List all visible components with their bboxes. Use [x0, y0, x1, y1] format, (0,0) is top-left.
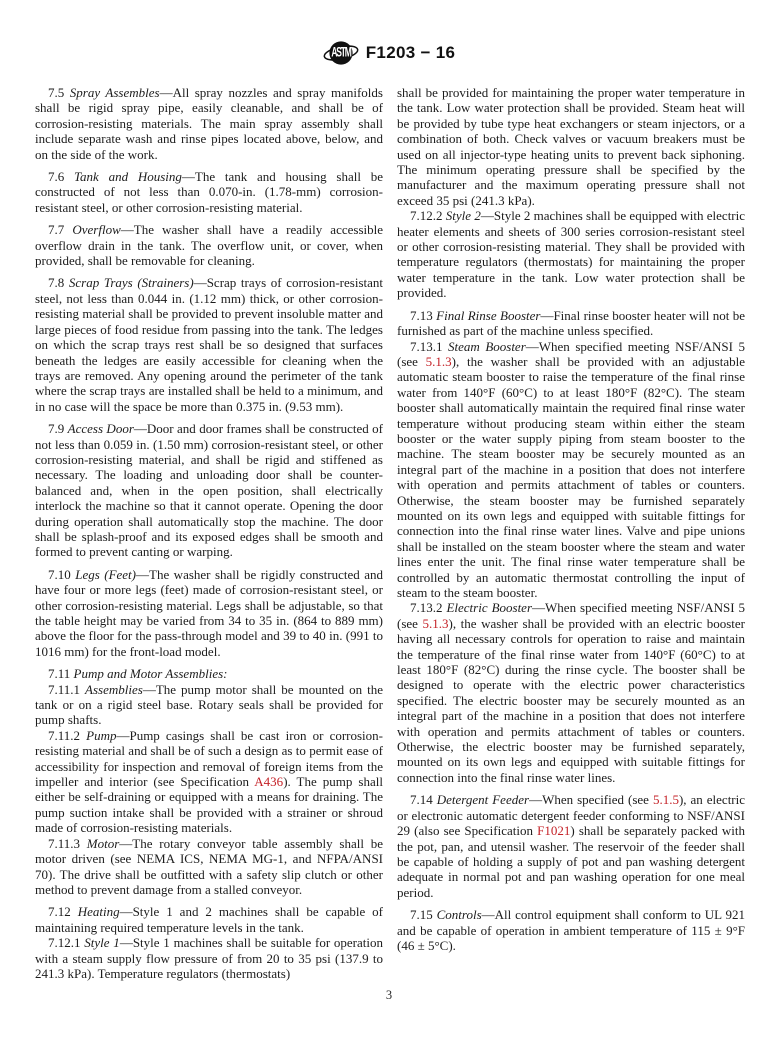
section-number: 7.11.1 [48, 682, 85, 697]
paragraph: 7.13.2 Electric Booster—When specified m… [397, 600, 745, 785]
astm-logo-icon: ASTM [323, 38, 359, 68]
section-title: Controls [437, 907, 482, 922]
section-number: 7.9 [48, 421, 68, 436]
cross-reference-link[interactable]: A436 [254, 774, 283, 789]
section-title: Overflow [72, 222, 120, 237]
cross-reference-link[interactable]: F1021 [537, 823, 570, 838]
paragraph: 7.5 Spray Assembles—All spray nozzles an… [35, 85, 383, 162]
paragraph: 7.11.2 Pump—Pump casings shall be cast i… [35, 728, 383, 836]
cross-reference-link[interactable]: 5.1.3 [426, 354, 452, 369]
paragraph: 7.8 Scrap Trays (Strainers)—Scrap trays … [35, 275, 383, 414]
cross-reference-link[interactable]: 5.1.3 [423, 616, 449, 631]
paragraph: 7.13.1 Steam Booster—When specified meet… [397, 339, 745, 601]
paragraph: 7.12 Heating—Style 1 and 2 machines shal… [35, 904, 383, 935]
text-column-left: 7.5 Spray Assembles—All spray nozzles an… [35, 85, 383, 981]
text-column-right: shall be provided for maintaining the pr… [397, 85, 745, 981]
section-number: 7.13.1 [410, 339, 448, 354]
section-number: 7.7 [48, 222, 72, 237]
paragraph: 7.12.2 Style 2—Style 2 machines shall be… [397, 208, 745, 300]
section-number: 7.13 [410, 308, 436, 323]
cross-reference-link[interactable]: 5.1.5 [653, 792, 679, 807]
paragraph: 7.13 Final Rinse Booster—Final rinse boo… [397, 308, 745, 339]
section-number: 7.14 [410, 792, 437, 807]
section-number: 7.15 [410, 907, 437, 922]
section-number: 7.12 [48, 904, 78, 919]
paragraph: 7.15 Controls—All control equipment shal… [397, 907, 745, 953]
paragraph: 7.12.1 Style 1—Style 1 machines shall be… [35, 935, 383, 981]
section-number: 7.11.2 [48, 728, 86, 743]
section-title: Detergent Feeder [437, 792, 529, 807]
section-title: Steam Booster [448, 339, 526, 354]
paragraph: 7.14 Detergent Feeder—When specified (se… [397, 792, 745, 900]
page-number: 3 [386, 988, 392, 1002]
section-title: Legs (Feet) [75, 567, 136, 582]
section-title: Tank and Housing [74, 169, 182, 184]
document-page: ASTM F1203 − 16 7.5 Spray Assembles—All … [0, 0, 778, 1041]
section-title: Pump and Motor Assemblies: [74, 666, 228, 681]
section-title: Heating [78, 904, 120, 919]
standard-designation: F1203 − 16 [366, 43, 456, 63]
section-title: Motor [87, 836, 120, 851]
section-number: 7.12.2 [410, 208, 446, 223]
paragraph: 7.11.1 Assemblies—The pump motor shall b… [35, 682, 383, 728]
section-number: 7.8 [48, 275, 69, 290]
paragraph: 7.9 Access Door—Door and door frames sha… [35, 421, 383, 560]
paragraph: 7.6 Tank and Housing—The tank and housin… [35, 169, 383, 215]
section-title: Style 2 [446, 208, 481, 223]
section-number: 7.13.2 [410, 600, 446, 615]
page-header: ASTM F1203 − 16 [0, 0, 778, 70]
section-title: Spray Assembles [70, 85, 160, 100]
section-title: Scrap Trays (Strainers) [69, 275, 194, 290]
paragraph: 7.7 Overflow—The washer shall have a rea… [35, 222, 383, 268]
paragraph: 7.11 Pump and Motor Assemblies: [35, 666, 383, 681]
section-title: Pump [86, 728, 116, 743]
svg-text:ASTM: ASTM [331, 46, 351, 61]
section-title: Style 1 [84, 935, 120, 950]
section-number: 7.10 [48, 567, 75, 582]
section-number: 7.11 [48, 666, 74, 681]
section-number: 7.12.1 [48, 935, 84, 950]
section-title: Access Door [68, 421, 134, 436]
section-title: Assemblies [85, 682, 143, 697]
paragraph-continuation: shall be provided for maintaining the pr… [397, 85, 745, 208]
section-number: 7.5 [48, 85, 70, 100]
two-column-body: 7.5 Spray Assembles—All spray nozzles an… [0, 85, 778, 981]
page-footer: 3 [0, 988, 778, 1003]
paragraph: 7.10 Legs (Feet)—The washer shall be rig… [35, 567, 383, 659]
section-title: Final Rinse Booster [436, 308, 540, 323]
section-number: 7.6 [48, 169, 74, 184]
paragraph: 7.11.3 Motor—The rotary conveyor table a… [35, 836, 383, 898]
section-title: Electric Booster [446, 600, 532, 615]
section-number: 7.11.3 [48, 836, 87, 851]
